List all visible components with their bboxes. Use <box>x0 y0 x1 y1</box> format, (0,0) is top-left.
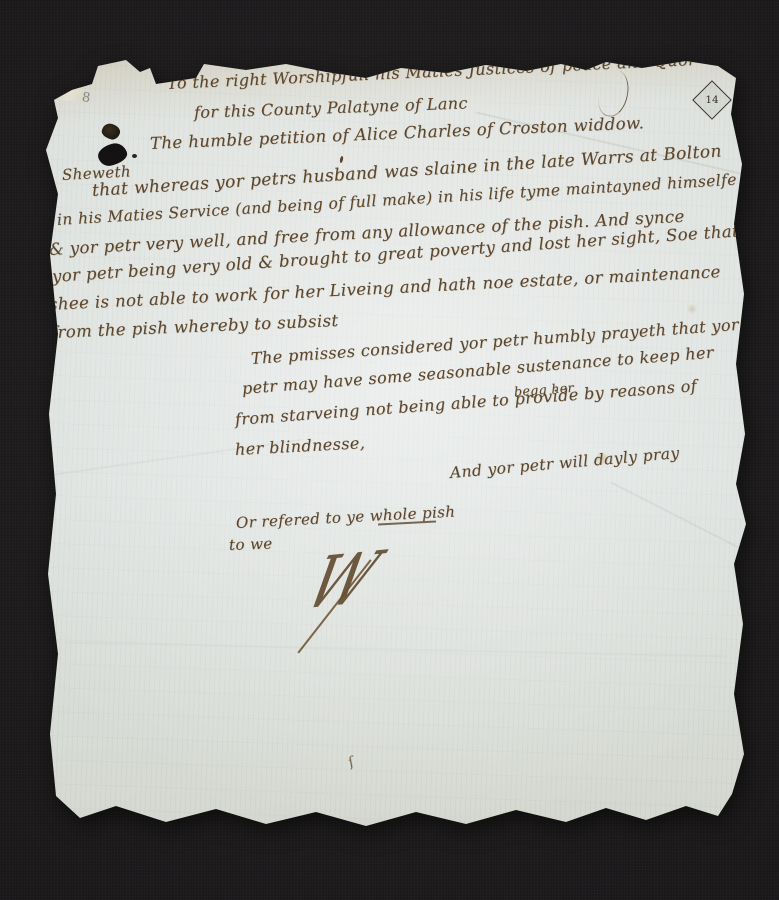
closing-formula: And yor petr will dayly pray <box>449 444 680 482</box>
clerk-mark: W <box>294 536 390 626</box>
manuscript-paper-wrap: 14 8 To the right Worshipfull his Maties… <box>46 54 747 832</box>
prayer-line: her blindnesse, <box>235 433 366 459</box>
pen-flourish <box>595 68 632 119</box>
manuscript-paper: 14 8 To the right Worshipfull his Maties… <box>46 54 747 832</box>
heading-line-2: for this County Palatyne of Lanc <box>194 93 468 122</box>
endorsement-line: Or refered to ye whole pish <box>236 503 456 532</box>
pencil-number: 8 <box>81 90 92 106</box>
photograph-backdrop: 14 8 To the right Worshipfull his Maties… <box>0 0 779 900</box>
body-line: from the pish whereby to subsist <box>51 311 339 342</box>
stray-pen-mark: ſ <box>346 755 356 771</box>
ink-layer: 8 To the right Worshipfull his Maties Ju… <box>46 54 747 832</box>
endorsement-line: to we <box>229 534 273 554</box>
